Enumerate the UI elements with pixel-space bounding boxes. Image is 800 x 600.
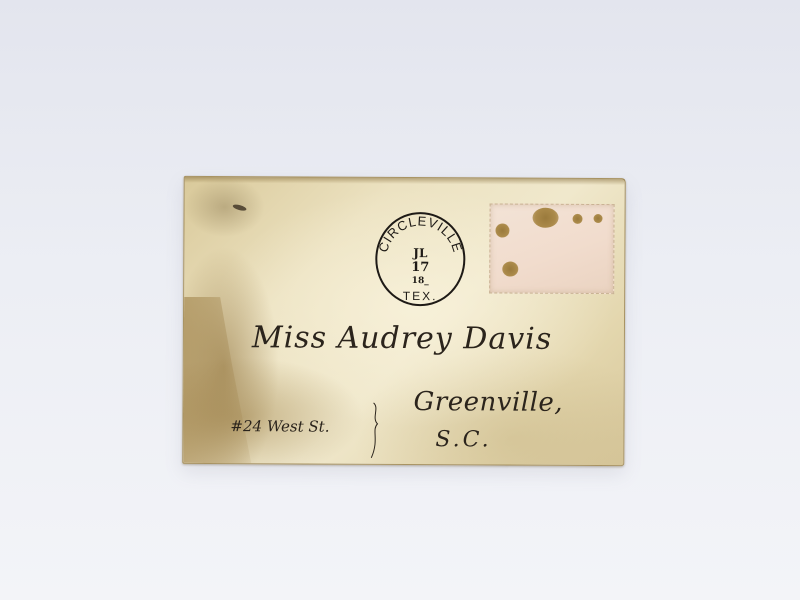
envelope: CIRCLEVILLE JL 17 18_ TEX. Miss Audrey D…	[182, 176, 626, 466]
address-street: #24 West St.	[230, 417, 329, 436]
address-state: S.C.	[435, 427, 491, 452]
recipient-name: Miss Audrey Davis	[251, 320, 552, 357]
address-city: Greenville,	[413, 387, 563, 418]
address-bracket	[371, 403, 377, 458]
handwritten-address: Miss Audrey Davis Greenville, S.C. #24 W…	[183, 177, 624, 465]
